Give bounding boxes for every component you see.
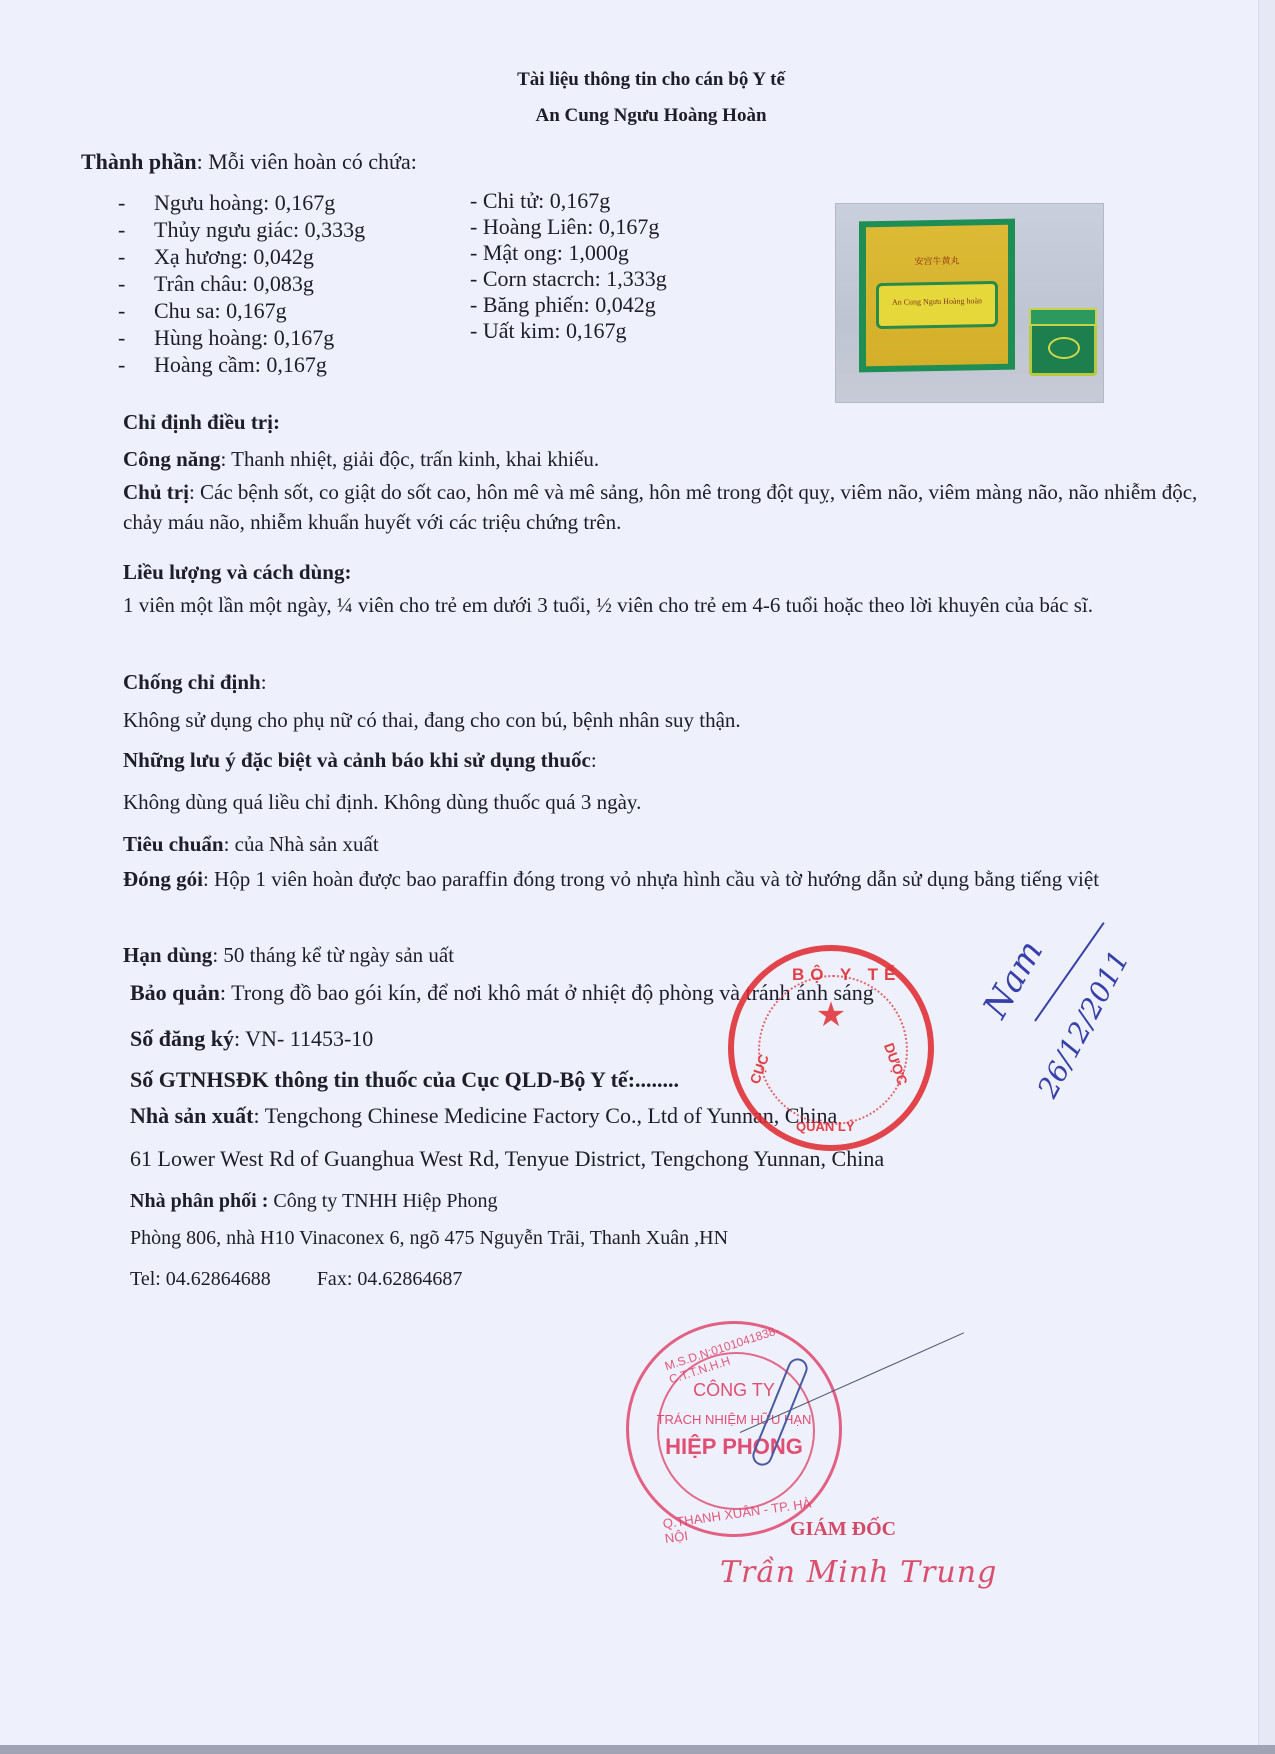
distributor-label: Nhà phân phối :: [130, 1190, 268, 1212]
ingredient-item: - Mật ong: 1,000g: [470, 241, 629, 265]
scan-edge-right: [1258, 0, 1275, 1754]
product-photo: 安宫牛黄丸 An Cung Ngưu Hoàng hoàn: [835, 203, 1104, 403]
distributor-address: Phòng 806, nhà H10 Vinaconex 6, ngõ 475 …: [130, 1226, 728, 1250]
ingredient-item: - Chi tử: 0,167g: [470, 189, 610, 213]
document-title: Tài liệu thông tin cho cán bộ Y tế: [351, 69, 951, 91]
indication-heading: Chỉ định điều trị:: [123, 410, 280, 434]
contraindication-label: Chống chỉ định: [123, 670, 261, 694]
ingredient-amount: 1,000g: [568, 240, 629, 265]
ingredient-amount: 0,042g: [253, 244, 314, 269]
dosage-heading: Liều lượng và cách dùng:: [123, 560, 351, 584]
product-name-title: An Cung Ngưu Hoàng Hoàn: [351, 105, 951, 127]
ingredient-name: Hùng hoàng: [154, 325, 262, 350]
ministry-of-health-stamp: ★ BỘ Y TẾ CỤC DƯỢC QUẢN LÝ: [728, 945, 934, 1151]
ingredient-name: Chi tử: [483, 188, 538, 213]
bullet-dash: -: [470, 214, 483, 239]
ingredient-name: Trân châu: [154, 271, 242, 296]
standard-line: Tiêu chuẩn: của Nhà sản xuất: [123, 832, 379, 856]
warning-heading: Những lưu ý đặc biệt và cảnh báo khi sử …: [123, 748, 597, 772]
ingredient-item: - Corn stacrch: 1,333g: [470, 267, 667, 291]
handwritten-date: 26/12/2011: [1031, 945, 1136, 1103]
treats-label: Chủ trị: [123, 480, 189, 504]
contraindication-text: Không sử dụng cho phụ nữ có thai, đang c…: [123, 708, 741, 732]
ingredient-name: Thủy ngưu giác: [154, 217, 293, 242]
ingredient-name: Băng phiến: [483, 292, 584, 317]
product-jar-image: [1029, 308, 1097, 376]
scan-edge-bottom: [0, 1745, 1275, 1754]
ingredient-name: Hoàng cầm: [154, 352, 255, 377]
bullet-dash: -: [118, 299, 154, 323]
distributor-text: Công ty TNHH Hiệp Phong: [268, 1190, 497, 1212]
function-line: Công năng: Thanh nhiệt, giải độc, trấn k…: [123, 447, 599, 471]
ingredient-item: -Chu sa: 0,167g: [118, 299, 287, 323]
ingredient-amount: 0,167g: [550, 188, 611, 213]
registration-number: : VN- 11453-10: [234, 1026, 373, 1051]
ingredient-name: Hoàng Liên: [483, 214, 587, 239]
bullet-dash: -: [118, 326, 154, 350]
stamp-bottom-text: QUẢN LÝ: [796, 1119, 855, 1134]
bullet-dash: -: [118, 353, 154, 377]
ingredient-name: Uất kim: [483, 318, 555, 343]
ingredient-item: - Hoàng Liên: 0,167g: [470, 215, 659, 239]
bullet-dash: -: [470, 318, 483, 343]
bullet-dash: -: [470, 240, 483, 265]
manufacturer-line: Nhà sản xuất: Tengchong Chinese Medicine…: [130, 1104, 837, 1128]
ingredient-amount: 0,333g: [305, 217, 366, 242]
standard-label: Tiêu chuẩn: [123, 832, 224, 856]
packaging-text: : Hộp 1 viên hoàn được bao paraffin đóng…: [203, 867, 1099, 891]
expiry-text: : 50 tháng kể từ ngày sản uất: [212, 943, 454, 967]
fax-number: Fax: 04.62864687: [317, 1268, 463, 1290]
ingredient-name: Mật ong: [483, 240, 557, 265]
director-title: GIÁM ĐỐC: [790, 1518, 896, 1541]
director-name: Trần Minh Trung: [720, 1555, 997, 1590]
gtnhsdk-line: Số GTNHSĐK thông tin thuốc của Cục QLD-B…: [130, 1068, 679, 1092]
contact-line: Tel: 04.62864688 Fax: 04.62864687: [130, 1267, 462, 1291]
registration-label: Số đăng ký: [130, 1026, 234, 1051]
composition-heading: Thành phần: Mỗi viên hoàn có chứa:: [81, 150, 417, 174]
ingredient-item: -Ngưu hoàng: 0,167g: [118, 191, 335, 215]
storage-label: Bảo quản: [130, 980, 220, 1005]
packaging-paragraph: Đóng gói: Hộp 1 viên hoàn được bao paraf…: [123, 865, 1223, 893]
treats-paragraph: Chủ trị: Các bệnh sốt, co giật do sốt ca…: [123, 477, 1223, 537]
composition-label: Thành phần: [81, 149, 197, 174]
ingredient-name: Corn stacrch: [483, 266, 595, 291]
treats-text: : Các bệnh sốt, co giật do sốt cao, hôn …: [123, 480, 1197, 534]
registration-line: Số đăng ký: VN- 11453-10: [130, 1027, 373, 1051]
star-icon: ★: [734, 995, 928, 1035]
bullet-dash: -: [470, 188, 483, 213]
packaging-label: Đóng gói: [123, 867, 203, 891]
ingredient-item: - Uất kim: 0,167g: [470, 319, 626, 343]
distributor-line: Nhà phân phối : Công ty TNHH Hiệp Phong: [130, 1189, 498, 1213]
function-label: Công năng: [123, 447, 220, 471]
box-chinese-label: 安宫牛黄丸: [866, 253, 1008, 268]
stamp-top-text: BỘ Y TẾ: [792, 965, 901, 985]
manufacturer-label: Nhà sản xuất: [130, 1103, 253, 1128]
ingredient-item: -Trân châu: 0,083g: [118, 272, 314, 296]
ingredient-amount: 0,167g: [274, 325, 335, 350]
bullet-dash: -: [118, 218, 154, 242]
company-stamp: M.S.D.N:0101041838-C.T.T.N.H.H Q.THANH X…: [626, 1321, 842, 1537]
scanned-page: Tài liệu thông tin cho cán bộ Y tế An Cu…: [0, 0, 1258, 1745]
expiry-line: Hạn dùng: 50 tháng kể từ ngày sản uất: [123, 943, 454, 967]
dosage-text: 1 viên một lần một ngày, ¼ viên cho trẻ …: [123, 590, 1223, 620]
ingredient-item: -Thủy ngưu giác: 0,333g: [118, 218, 365, 242]
bullet-dash: -: [118, 272, 154, 296]
stamp-line1: CÔNG TY: [629, 1380, 839, 1401]
stamp-line3: HIỆP PHONG: [629, 1434, 839, 1460]
ingredient-amount: 0,083g: [253, 271, 314, 296]
ingredient-amount: 0,167g: [275, 190, 336, 215]
warning-label: Những lưu ý đặc biệt và cảnh báo khi sử …: [123, 748, 591, 772]
bullet-dash: -: [118, 191, 154, 215]
composition-intro: : Mỗi viên hoàn có chứa:: [197, 149, 417, 174]
ingredient-name: Ngưu hoàng: [154, 190, 263, 215]
ingredient-item: -Hoàng cầm: 0,167g: [118, 353, 327, 377]
ingredient-amount: 0,167g: [599, 214, 660, 239]
function-text: : Thanh nhiệt, giải độc, trấn kinh, khai…: [220, 447, 599, 471]
bullet-dash: -: [470, 292, 483, 317]
ingredient-amount: 0,167g: [266, 352, 327, 377]
tel-number: Tel: 04.62864688: [130, 1268, 271, 1290]
expiry-label: Hạn dùng: [123, 943, 212, 967]
standard-text: : của Nhà sản xuất: [224, 832, 379, 856]
ingredient-item: -Xạ hương: 0,042g: [118, 245, 314, 269]
bullet-dash: -: [118, 245, 154, 269]
ingredient-name: Chu sa: [154, 298, 215, 323]
stamp-line2: TRÁCH NHIỆM HỮU HẠN: [629, 1412, 839, 1427]
ingredient-amount: 1,333g: [606, 266, 667, 291]
warning-text: Không dùng quá liều chỉ định. Không dùng…: [123, 790, 641, 814]
box-product-label: An Cung Ngưu Hoàng hoàn: [879, 296, 995, 307]
ingredient-item: - Băng phiến: 0,042g: [470, 293, 656, 317]
contraindication-heading: Chống chỉ định:: [123, 670, 267, 694]
ingredient-name: Xạ hương: [154, 244, 242, 269]
product-box-image: 安宫牛黄丸 An Cung Ngưu Hoàng hoàn: [859, 219, 1015, 373]
ingredient-item: -Hùng hoàng: 0,167g: [118, 326, 334, 350]
ingredient-amount: 0,042g: [595, 292, 656, 317]
manufacturer-address: 61 Lower West Rd of Guanghua West Rd, Te…: [130, 1147, 884, 1171]
ingredient-amount: 0,167g: [226, 298, 287, 323]
bullet-dash: -: [470, 266, 483, 291]
ingredient-amount: 0,167g: [566, 318, 627, 343]
